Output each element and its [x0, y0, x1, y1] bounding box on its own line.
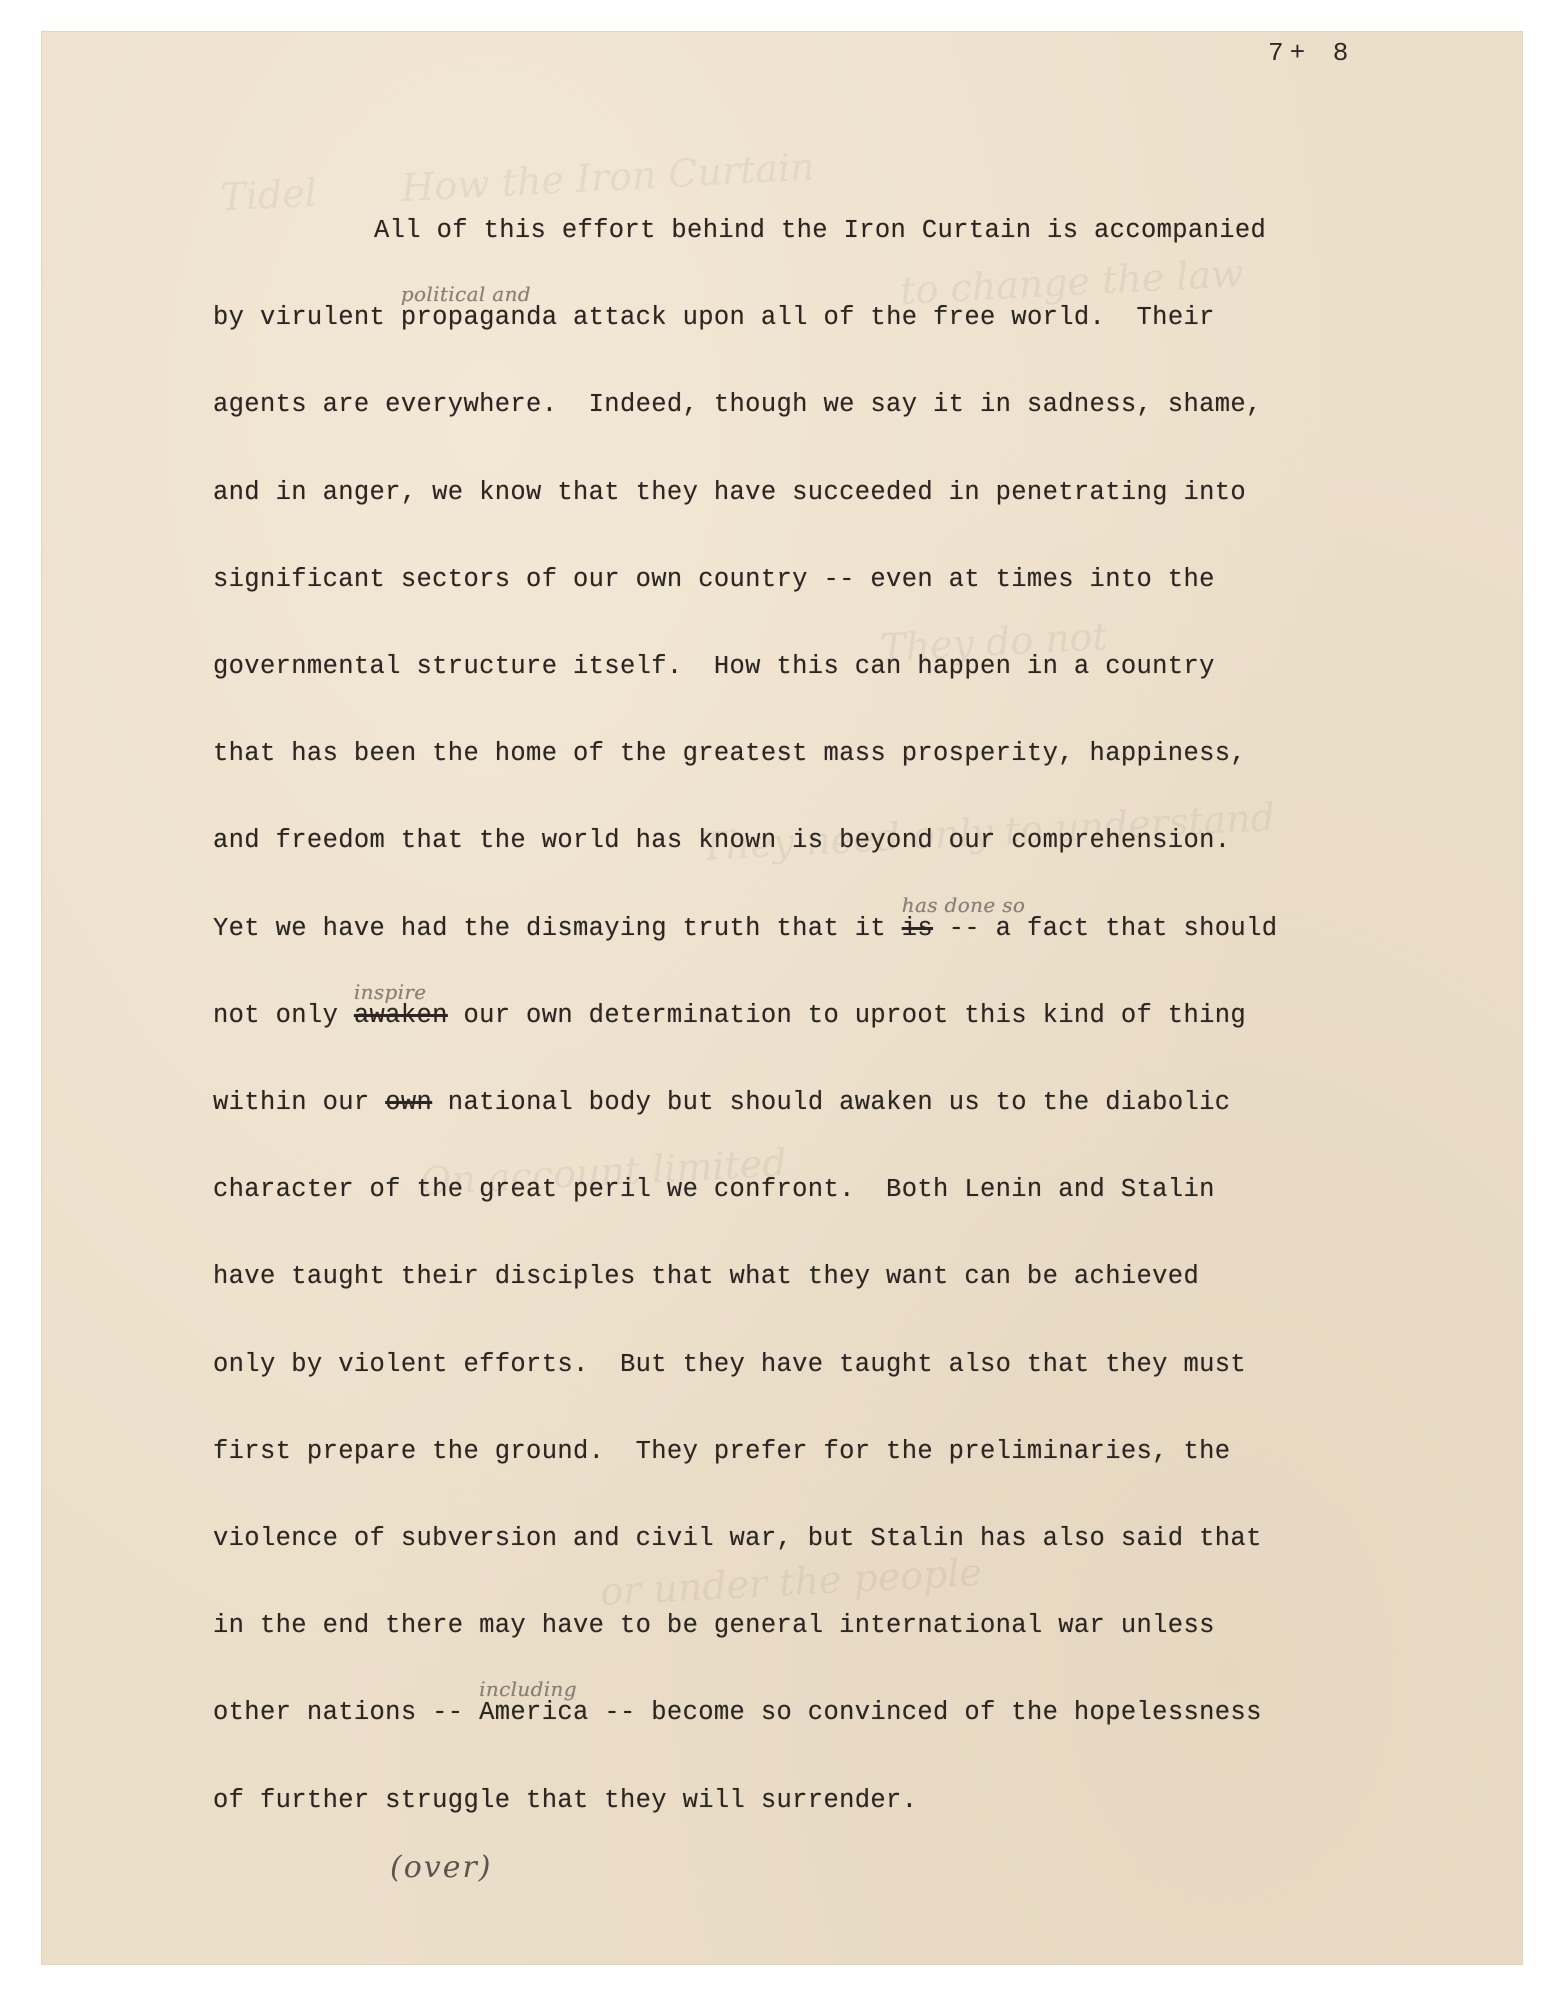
- text-segment: national body but should awaken us to th…: [432, 1088, 1230, 1117]
- text-segment: only by violent efforts. But they have t…: [213, 1350, 1246, 1379]
- handwritten-insertion: political and: [401, 284, 531, 304]
- typed-line: agents are everywhere. Indeed, though we…: [213, 392, 1262, 418]
- text-segment: significant sectors of our own country -…: [213, 565, 1215, 594]
- typed-line: of further struggle that they will surre…: [213, 1788, 917, 1814]
- typed-line: All of this effort behind the Iron Curta…: [374, 218, 1266, 244]
- typed-line: that has been the home of the greatest m…: [213, 741, 1246, 767]
- handwritten-insertion: has done so: [902, 895, 1026, 915]
- typed-line: only by violent efforts. But they have t…: [213, 1352, 1246, 1378]
- typed-line: violence of subversion and civil war, bu…: [213, 1526, 1262, 1552]
- typed-line: have taught their disciples that what th…: [213, 1264, 1199, 1290]
- text-segment: -- a fact that should: [933, 914, 1277, 943]
- struck-word: own: [385, 1088, 432, 1117]
- typed-line: governmental structure itself. How this …: [213, 654, 1215, 680]
- text-segment: that has been the home of the greatest m…: [213, 739, 1246, 768]
- typed-line: and in anger, we know that they have suc…: [213, 480, 1246, 506]
- text-segment: within our: [213, 1088, 385, 1117]
- handwritten-insertion: inspire: [354, 982, 427, 1002]
- typed-line: significant sectors of our own country -…: [213, 567, 1215, 593]
- text-segment: of further struggle that they will surre…: [213, 1786, 917, 1815]
- text-segment: our own determination to uproot this kin…: [448, 1001, 1246, 1030]
- typed-line: by virulent propaganda attack upon all o…: [213, 305, 1215, 331]
- handwritten-insertion: including: [479, 1679, 577, 1699]
- text-segment: other nations --: [213, 1698, 479, 1727]
- typed-line: and freedom that the world has known is …: [213, 828, 1230, 854]
- text-segment: Yet we have had the dismaying truth that…: [213, 914, 902, 943]
- handwritten-over-note: (over): [390, 1850, 493, 1885]
- text-segment: violence of subversion and civil war, bu…: [213, 1524, 1262, 1553]
- text-segment: character of the great peril we confront…: [213, 1175, 1215, 1204]
- text-segment: in the end there may have to be general …: [213, 1611, 1215, 1640]
- typed-line: Yet we have had the dismaying truth that…: [213, 916, 1277, 942]
- typed-line: within our own national body but should …: [213, 1090, 1230, 1116]
- text-segment: first prepare the ground. They prefer fo…: [213, 1437, 1230, 1466]
- typed-line: character of the great peril we confront…: [213, 1177, 1215, 1203]
- text-segment: not only: [213, 1001, 354, 1030]
- text-segment: by virulent: [213, 303, 401, 332]
- text-segment: Americaincluding: [479, 1698, 589, 1727]
- typed-line: other nations -- Americaincluding -- bec…: [213, 1700, 1262, 1726]
- text-segment: governmental structure itself. How this …: [213, 652, 1215, 681]
- text-segment: and in anger, we know that they have suc…: [213, 478, 1246, 507]
- typed-line: not only awakeninspire our own determina…: [213, 1003, 1246, 1029]
- struck-word: ishas done so: [902, 914, 933, 943]
- text-segment: have taught their disciples that what th…: [213, 1262, 1199, 1291]
- text-segment: agents are everywhere. Indeed, though we…: [213, 390, 1262, 419]
- text-segment: -- become so convinced of the hopelessne…: [589, 1698, 1262, 1727]
- text-segment: All of this effort behind the Iron Curta…: [374, 216, 1266, 245]
- page-number: 7+ 8: [1268, 38, 1354, 68]
- struck-word: awakeninspire: [354, 1001, 448, 1030]
- text-segment: and freedom that the world has known is …: [213, 826, 1230, 855]
- typed-line: in the end there may have to be general …: [213, 1613, 1215, 1639]
- text-segment: propaganda attack upon all of the free w…: [401, 303, 1215, 332]
- typed-line: first prepare the ground. They prefer fo…: [213, 1439, 1230, 1465]
